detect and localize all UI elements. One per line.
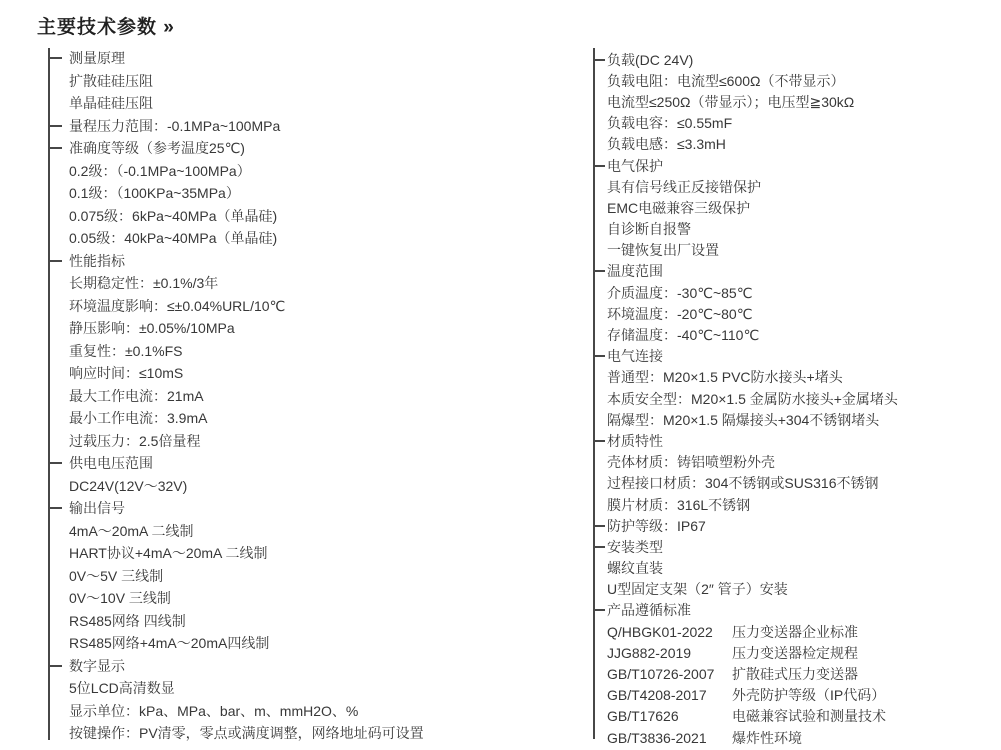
spec-text: 安装类型 [607,537,663,557]
spec-detail-row: GB/T3836-2021爆炸性环境 [593,727,998,748]
spec-text: 供电电压范围 [69,453,153,473]
standard-description: 爆炸性环境 [732,728,802,748]
spec-text: 环境温度影响：≤±0.04%URL/10℃ [69,296,285,316]
spec-text: 负载(DC 24V) [607,50,693,70]
spec-text: 本质安全型：M20×1.5 金属防水接头+金属堵头 [607,389,898,409]
spec-section-row: 电气连接 [593,346,998,367]
spec-detail-row: HART协议+4mA～20mA 二线制 [48,542,588,565]
spec-detail-row: 过程接口材质：304不锈钢或SUS316不锈钢 [593,473,998,494]
tree-branch-tick-icon [48,462,62,464]
standard-code: GB/T3836-2021 [607,730,732,746]
spec-detail-row: 介质温度：-30℃~85℃ [593,282,998,303]
spec-detail-row: 环境温度影响：≤±0.04%URL/10℃ [48,295,588,318]
tree-branch-tick-icon [48,507,62,509]
spec-text: 材质特性 [607,431,663,451]
spec-text: 数字显示 [69,656,125,676]
spec-detail-row: DC24V(12V～32V) [48,475,588,498]
spec-detail-row: 负载电容：≤0.55mF [593,113,998,134]
spec-detail-row: 一键恢复出厂设置 [593,240,998,261]
spec-detail-row: 5位LCD高清数显 [48,677,588,700]
spec-text: 准确度等级（参考温度25℃) [69,138,245,158]
spec-section-row: 供电电压范围 [48,452,588,475]
spec-detail-row: RS485网络+4mA～20mA四线制 [48,632,588,655]
spec-section-row: 安装类型 [593,536,998,557]
spec-detail-row: 静压影响：±0.05%/10MPa [48,317,588,340]
spec-text: 防护等级：IP67 [607,516,706,536]
spec-text: 性能指标 [69,251,125,271]
standard-code: Q/HBGK01-2022 [607,624,732,640]
spec-detail-row: 长期稳定性：±0.1%/3年 [48,272,588,295]
spec-text: 响应时间：≤10mS [69,363,183,383]
spec-text: 量程压力范围：-0.1MPa~100MPa [69,116,280,136]
spec-text: 最大工作电流：21mA [69,386,204,406]
spec-detail-row: 壳体材质：铸铝喷塑粉外壳 [593,452,998,473]
spec-text: 介质温度：-30℃~85℃ [607,283,752,303]
spec-detail-row: 0V～5V 三线制 [48,565,588,588]
spec-section-row: 量程压力范围：-0.1MPa~100MPa [48,115,588,138]
spec-section-row: 测量原理 [48,47,588,70]
spec-text: 重复性：±0.1%FS [69,341,182,361]
spec-text: RS485网络 四线制 [69,611,186,631]
spec-text: 长期稳定性：±0.1%/3年 [69,273,218,293]
spec-text: HART协议+4mA～20mA 二线制 [69,543,268,563]
tree-branch-tick-icon [593,165,605,167]
standard-code: JJG882-2019 [607,645,732,661]
spec-detail-row: 负载电阻：电流型≤600Ω（不带显示） [593,70,998,91]
standard-description: 电磁兼容试验和测量技术 [732,706,886,726]
spec-detail-row: 最小工作电流：3.9mA [48,407,588,430]
spec-text: 存储温度：-40℃~110℃ [607,325,759,345]
spec-text: 壳体材质：铸铝喷塑粉外壳 [607,452,775,472]
tree-branch-tick-icon [48,125,62,127]
spec-detail-row: JJG882-2019压力变送器检定规程 [593,642,998,663]
spec-detail-row: GB/T17626电磁兼容试验和测量技术 [593,706,998,727]
tree-branch-tick-icon [593,355,605,357]
tree-branch-tick-icon [593,270,605,272]
spec-text: 最小工作电流：3.9mA [69,408,207,428]
spec-text: 0.2级：（-0.1MPa~100MPa） [69,161,251,181]
spec-text: 静压影响：±0.05%/10MPa [69,318,235,338]
standard-description: 扩散硅式压力变送器 [732,664,858,684]
spec-text: EMC电磁兼容三级保护 [607,198,750,218]
spec-text: 自诊断自报警 [607,219,691,239]
spec-detail-row: GB/T4208-2017外壳防护等级（IP代码） [593,685,998,706]
spec-detail-row: 单晶硅硅压阻 [48,92,588,115]
spec-section-row: 准确度等级（参考温度25℃) [48,137,588,160]
spec-text: 电气保护 [607,156,663,176]
standard-description: 压力变送器企业标准 [732,622,858,642]
spec-detail-row: 膜片材质：316L不锈钢 [593,494,998,515]
spec-text: 产品遵循标准 [607,600,691,620]
spec-text: 普通型：M20×1.5 PVC防水接头+堵头 [607,367,843,387]
spec-text: 0.1级：（100KPa~35MPa） [69,183,240,203]
spec-text: 按键操作：PV清零，零点或满度调整，网络地址码可设置 [69,723,424,743]
spec-text: 螺纹直装 [607,558,663,578]
standard-description: 外壳防护等级（IP代码） [732,685,885,705]
tree-branch-tick-icon [48,147,62,149]
spec-page: { "title": "主要技术参数 »", "colors": { "back… [0,0,1001,750]
spec-detail-row: 扩散硅硅压阻 [48,70,588,93]
spec-section-row: 温度范围 [593,261,998,282]
spec-section-row: 性能指标 [48,250,588,273]
spec-detail-row: 具有信号线正反接错保护 [593,176,998,197]
spec-detail-row: EMC电磁兼容三级保护 [593,197,998,218]
spec-text: 输出信号 [69,498,125,518]
tree-branch-tick-icon [48,665,62,667]
spec-section-row: 产品遵循标准 [593,600,998,621]
tree-branch-tick-icon [593,59,605,61]
spec-detail-row: 重复性：±0.1%FS [48,340,588,363]
spec-text: 扩散硅硅压阻 [69,71,153,91]
spec-text: 0.075级：6kPa~40MPa（单晶硅) [69,206,277,226]
spec-detail-row: 0.1级：（100KPa~35MPa） [48,182,588,205]
spec-detail-row: 过载压力：2.5倍量程 [48,430,588,453]
spec-detail-row: 0.2级：（-0.1MPa~100MPa） [48,160,588,183]
spec-section-row: 电气保护 [593,155,998,176]
spec-detail-row: 负载电感：≤3.3mH [593,134,998,155]
standard-code: GB/T4208-2017 [607,687,732,703]
spec-text: 温度范围 [607,261,663,281]
spec-detail-row: 环境温度：-20℃~80℃ [593,303,998,324]
spec-text: 负载电阻：电流型≤600Ω（不带显示） [607,71,845,91]
spec-detail-row: 按键操作：PV清零，零点或满度调整，网络地址码可设置 [48,722,588,745]
spec-text: 膜片材质：316L不锈钢 [607,495,750,515]
spec-text: 4mA～20mA 二线制 [69,521,193,541]
spec-section-row: 负载(DC 24V) [593,49,998,70]
spec-text: 0.05级：40kPa~40MPa（单晶硅) [69,228,277,248]
spec-detail-row: 普通型：M20×1.5 PVC防水接头+堵头 [593,367,998,388]
spec-text: 过载压力：2.5倍量程 [69,431,200,451]
spec-detail-row: 存储温度：-40℃~110℃ [593,324,998,345]
spec-text: 过程接口材质：304不锈钢或SUS316不锈钢 [607,473,879,493]
spec-text: 负载电容：≤0.55mF [607,113,732,133]
tree-branch-tick-icon [48,260,62,262]
spec-section-row: 输出信号 [48,497,588,520]
tree-branch-tick-icon [593,440,605,442]
left-column: 测量原理扩散硅硅压阻单晶硅硅压阻量程压力范围：-0.1MPa~100MPa准确度… [48,47,588,745]
spec-text: 隔爆型：M20×1.5 隔爆接头+304不锈钢堵头 [607,410,879,430]
spec-section-row: 防护等级：IP67 [593,515,998,536]
spec-detail-row: 响应时间：≤10mS [48,362,588,385]
spec-text: 单晶硅硅压阻 [69,93,153,113]
spec-text: 5位LCD高清数显 [69,678,175,698]
page-title: 主要技术参数 » [37,12,175,39]
spec-detail-row: U型固定支架（2″ 管子）安装 [593,579,998,600]
spec-section-row: 材质特性 [593,430,998,451]
spec-detail-row: 隔爆型：M20×1.5 隔爆接头+304不锈钢堵头 [593,409,998,430]
spec-detail-row: 电流型≤250Ω（带显示）；电压型≧30kΩ [593,91,998,112]
spec-detail-row: RS485网络 四线制 [48,610,588,633]
spec-detail-row: 0.05级：40kPa~40MPa（单晶硅) [48,227,588,250]
spec-text: 电气连接 [607,346,663,366]
spec-detail-row: 自诊断自报警 [593,219,998,240]
spec-text: 具有信号线正反接错保护 [607,177,761,197]
standard-description: 压力变送器检定规程 [732,643,858,663]
spec-text: 显示单位：kPa、MPa、bar、m、mmH2O、% [69,701,358,721]
spec-text: DC24V(12V～32V) [69,476,187,496]
spec-text: RS485网络+4mA～20mA四线制 [69,633,269,653]
spec-text: 0V～5V 三线制 [69,566,163,586]
tree-branch-tick-icon [593,525,605,527]
spec-text: 一键恢复出厂设置 [607,240,719,260]
spec-detail-row: 4mA～20mA 二线制 [48,520,588,543]
spec-detail-row: 0V～10V 三线制 [48,587,588,610]
spec-detail-row: GB/T10726-2007扩散硅式压力变送器 [593,663,998,684]
spec-section-row: 数字显示 [48,655,588,678]
spec-text: U型固定支架（2″ 管子）安装 [607,579,788,599]
spec-detail-row: 显示单位：kPa、MPa、bar、m、mmH2O、% [48,700,588,723]
spec-text: 电流型≤250Ω（带显示）；电压型≧30kΩ [607,92,854,112]
standard-code: GB/T10726-2007 [607,666,732,682]
tree-branch-tick-icon [48,57,62,59]
spec-detail-row: 螺纹直装 [593,558,998,579]
spec-detail-row: 最大工作电流：21mA [48,385,588,408]
spec-text: 环境温度：-20℃~80℃ [607,304,752,324]
spec-detail-row: 本质安全型：M20×1.5 金属防水接头+金属堵头 [593,388,998,409]
spec-text: 测量原理 [69,48,125,68]
spec-detail-row: Q/HBGK01-2022压力变送器企业标准 [593,621,998,642]
tree-branch-tick-icon [593,609,605,611]
spec-text: 负载电感：≤3.3mH [607,134,726,154]
tree-branch-tick-icon [593,546,605,548]
spec-detail-row: 0.075级：6kPa~40MPa（单晶硅) [48,205,588,228]
spec-text: 0V～10V 三线制 [69,588,171,608]
standard-code: GB/T17626 [607,708,732,724]
right-column: 负载(DC 24V)负载电阻：电流型≤600Ω（不带显示）电流型≤250Ω（带显… [593,49,998,748]
